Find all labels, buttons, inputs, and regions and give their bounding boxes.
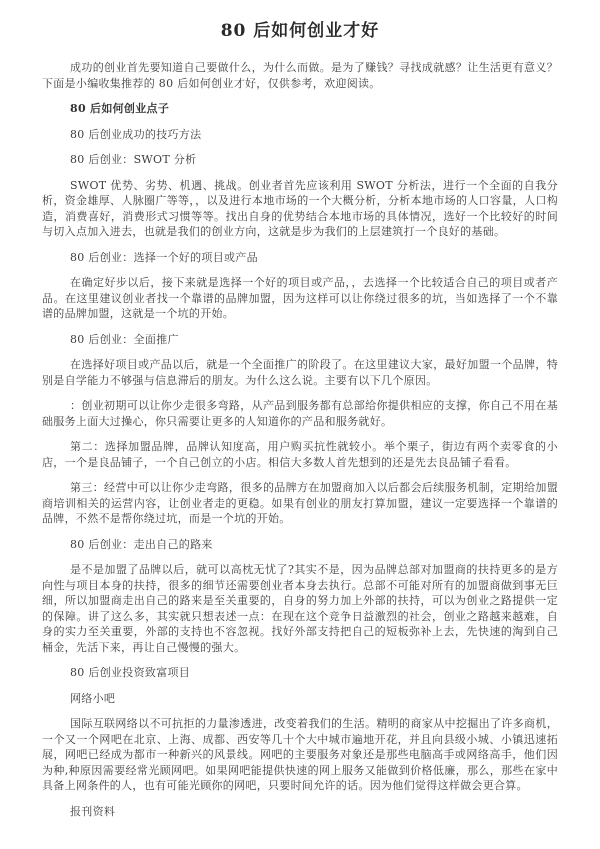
paragraph-swot: SWOT 优势、劣势、机遇、挑战。创业者首先应该利用 SWOT 分析法，进行一个… [42,178,558,240]
subheading-internet-cafe: 网络小吧 [42,691,558,707]
intro-paragraph: 成功的创业首先要知道自己要做什么，为什么而做。是为了赚钱？寻找成就感？让生活更有… [42,60,558,91]
subheading-press-materials: 报刊资料 [42,804,558,820]
paragraph-reason-3: 第三：经营中可以让你少走弯路，很多的品牌方在加盟商加入以后都会后续服务机制，定期… [42,480,558,527]
paragraph-own-path: 是不是加盟了品牌以后，就可以高枕无忧了?其实不是，因为品牌总部对加盟商的扶持更多… [42,562,558,655]
subheading-own-path: 80 后创业：走出自己的路来 [42,537,558,553]
paragraph-internet-cafe: 国际互联网络以不可抗拒的力量渗透进，改变着我们的生活。精明的商家从中挖掘出了许多… [42,716,558,794]
paragraph-reason-2: 第二：选择加盟品牌，品牌认知度高，用户购买抗性就较小。举个栗子，街边有两个卖零食… [42,439,558,470]
subheading-swot: 80 后创业：SWOT 分析 [42,152,558,168]
subheading-success-tips: 80 后创业成功的技巧方法 [42,127,558,143]
page-title: 80 后如何创业才好 [42,18,558,44]
document-page: 80 后如何创业才好 成功的创业首先要知道自己要做什么，为什么而做。是为了赚钱？… [0,0,600,849]
paragraph-choose-project: 在确定好步以后，接下来就是选择一个好的项目或产品，，去选择一个比较适合自己的项目… [42,275,558,322]
paragraph-reason-1: ：创业初期可以让你少走很多弯路，从产品到服务都有总部给你提供相应的支撑，你自己不… [42,398,558,429]
subheading-promotion: 80 后创业：全面推广 [42,332,558,348]
heading-80s-startup-ideas: 80 后如何创业点子 [42,101,558,117]
subheading-choose-project: 80 后创业：选择一个好的项目或产品 [42,250,558,266]
subheading-investment-projects: 80 后创业投资致富项目 [42,665,558,681]
paragraph-promotion: 在选择好项目或产品以后，就是一个全面推广的阶段了。在这里建议大家，最好加盟一个品… [42,357,558,388]
